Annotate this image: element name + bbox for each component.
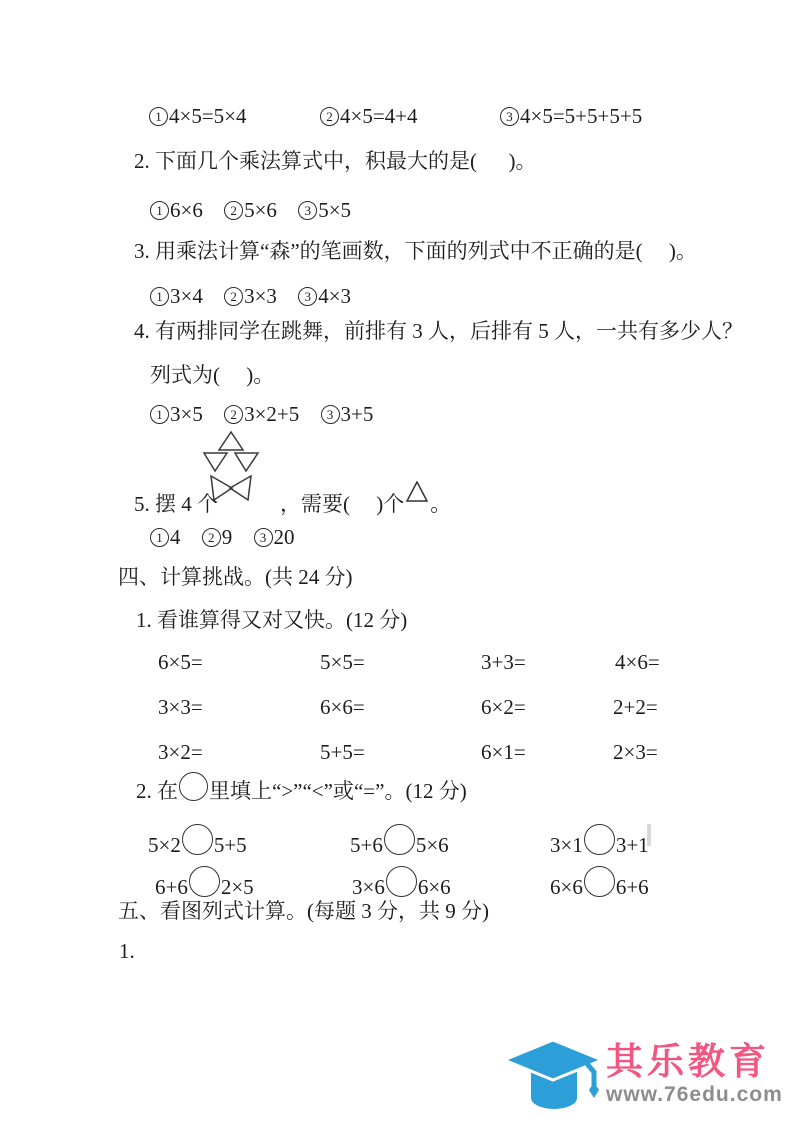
question-2-text: 2. 下面几个乘法算式中，积最大的是( )。: [134, 148, 537, 174]
calc-expression: 6×2=: [481, 695, 526, 720]
option-1: 14: [150, 525, 181, 549]
option-text: 4×5=5+5+5+5: [520, 104, 642, 128]
compare-item: 6×66+6: [550, 866, 649, 900]
question-4-text2: 列式为( )。: [150, 362, 274, 388]
option-text: 3+5: [341, 402, 374, 426]
circled-number: 2: [224, 405, 243, 424]
right-expression: 2×5: [221, 875, 254, 899]
q3-options-line: 13×4 23×3 34×3: [150, 283, 351, 309]
option-text: 9: [222, 525, 233, 549]
circled-number: 1: [150, 287, 169, 306]
left-expression: 6+6: [155, 875, 188, 899]
left-expression: 6×6: [550, 875, 583, 899]
option-text: 3×3: [244, 284, 277, 308]
circle-blank-icon: [386, 866, 417, 897]
calc-expression: 6×5=: [158, 650, 203, 675]
option-2: 24×5=4+4: [320, 103, 418, 129]
circled-number: 1: [149, 107, 168, 126]
right-expression: 3+1: [616, 833, 649, 857]
circle-blank-icon: [189, 866, 220, 897]
option-1: 16×6: [150, 198, 203, 222]
brand-name: 其乐教育: [606, 1042, 786, 1082]
graduation-cap-icon: [500, 1032, 606, 1120]
option-text: 5×6: [244, 198, 277, 222]
circled-number: 2: [320, 107, 339, 126]
option-3: 33+5: [321, 402, 374, 426]
option-text: 5×5: [318, 198, 351, 222]
calc-expression: 5×5=: [320, 650, 365, 675]
question-3-text: 3. 用乘法计算“森”的笔画数，下面的列式中不正确的是( )。: [134, 238, 697, 264]
option-text: 6×6: [170, 198, 203, 222]
triangle-top: [219, 432, 243, 450]
calc-expression: 6×6=: [320, 695, 365, 720]
circle-blank-icon: [179, 772, 208, 801]
option-text: 3×5: [170, 402, 203, 426]
right-expression: 6×6: [418, 875, 451, 899]
calc-expression: 6×1=: [481, 740, 526, 765]
option-1: 13×4: [150, 284, 203, 308]
triangle-upper-right: [235, 453, 258, 471]
section-4-title: 四、计算挑战。(共 24 分): [118, 564, 353, 590]
right-expression: 6+6: [616, 875, 649, 899]
question-4-text: 4. 有两排同学在跳舞，前排有 3 人，后排有 5 人，一共有多少人？: [134, 318, 743, 344]
option-3: 34×3: [298, 284, 351, 308]
option-2: 29: [202, 525, 233, 549]
circled-number: 1: [150, 201, 169, 220]
compare-item: 6+62×5: [155, 866, 254, 900]
q4-options-line: 13×5 23×2+5 33+5: [150, 401, 373, 427]
circled-number: 2: [224, 201, 243, 220]
question-5-line: 5. 摆 4 个，需要( )个。: [134, 481, 451, 517]
option-text: 20: [274, 525, 295, 549]
section-5-item-1: 1.: [119, 938, 135, 964]
q5-text-pre: 5. 摆 4 个: [134, 492, 218, 516]
left-expression: 3×6: [352, 875, 385, 899]
option-3: 35×5: [298, 198, 351, 222]
circle-blank-icon: [584, 866, 615, 897]
circled-number: 3: [500, 107, 519, 126]
circle-blank-icon: [584, 824, 615, 855]
section-4-item-2: 2. 在里填上“>”“<”或“=”。(12 分): [136, 772, 467, 804]
q5-text-mid: ，需要( )个: [280, 492, 404, 516]
left-expression: 5+6: [350, 833, 383, 857]
circled-number: 2: [202, 528, 221, 547]
calc-expression: 2×3=: [613, 740, 658, 765]
calc-expression: 2+2=: [613, 695, 658, 720]
option-text: 4×3: [318, 284, 351, 308]
option-1: 13×5: [150, 402, 203, 426]
option-3: 34×5=5+5+5+5: [500, 103, 642, 129]
compare-item: 3×66×6: [352, 866, 451, 900]
scan-artifact: [647, 824, 651, 846]
circle-blank-icon: [182, 824, 213, 855]
section-4-item-1: 1. 看谁算得又对又快。(12 分): [136, 607, 407, 633]
calc-expression: 4×6=: [615, 650, 660, 675]
left-expression: 5×2: [148, 833, 181, 857]
option-3: 320: [254, 525, 295, 549]
q5-text-end: 。: [430, 492, 451, 516]
section-5-title: 五、看图列式计算。(每题 3 分，共 9 分): [118, 898, 489, 924]
option-2: 23×3: [224, 284, 277, 308]
compare-item: 5×25+5: [148, 824, 247, 858]
option-text: 4×5=4+4: [340, 104, 418, 128]
brand-url: www.76edu.com: [606, 1083, 786, 1107]
q2-options-line: 16×6 25×6 35×5: [150, 197, 351, 223]
right-expression: 5+5: [214, 833, 247, 857]
circled-number: 3: [321, 405, 340, 424]
item2-text-pre: 2. 在: [136, 779, 178, 803]
circled-number: 1: [150, 528, 169, 547]
option-2: 25×6: [224, 198, 277, 222]
calc-expression: 3+3=: [481, 650, 526, 675]
circled-number: 3: [254, 528, 273, 547]
item2-text-post: 里填上“>”“<”或“=”。(12 分): [209, 779, 467, 803]
option-text: 3×2+5: [244, 402, 299, 426]
option-2: 23×2+5: [224, 402, 299, 426]
option-text: 3×4: [170, 284, 203, 308]
circle-blank-icon: [384, 824, 415, 855]
triangle-upper-left: [204, 453, 227, 471]
calc-expression: 3×3=: [158, 695, 203, 720]
option-text: 4×5=5×4: [169, 104, 247, 128]
compare-item: 5+65×6: [350, 824, 449, 858]
circled-number: 3: [298, 287, 317, 306]
right-expression: 5×6: [416, 833, 449, 857]
option-text: 4: [170, 525, 181, 549]
option-1: 14×5=5×4: [149, 103, 247, 129]
calc-expression: 5+5=: [320, 740, 365, 765]
calc-expression: 3×2=: [158, 740, 203, 765]
site-logo: 其乐教育 www.76edu.com: [606, 1042, 786, 1107]
triangle-outline-icon: [405, 481, 429, 509]
compare-item: 3×13+1: [550, 824, 649, 858]
q5-options-line: 14 29 320: [150, 524, 295, 550]
circled-number: 3: [298, 201, 317, 220]
circled-number: 2: [224, 287, 243, 306]
left-expression: 3×1: [550, 833, 583, 857]
circled-number: 1: [150, 405, 169, 424]
